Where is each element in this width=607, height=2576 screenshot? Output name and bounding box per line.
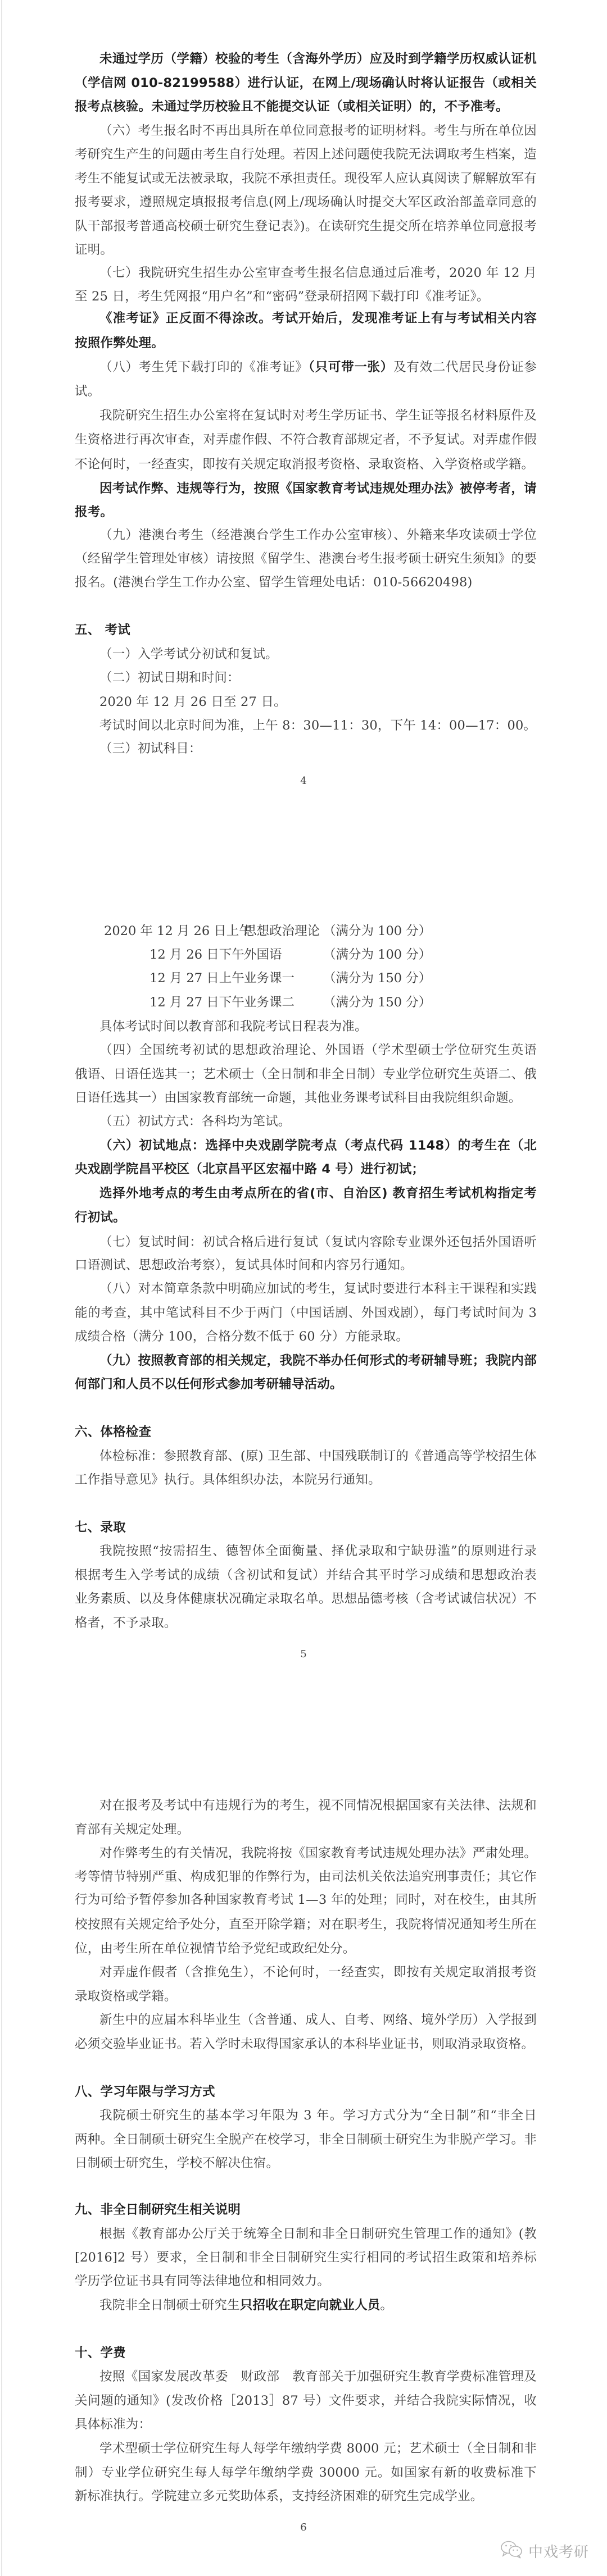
paragraph-line: 录取资格或学籍。 [75,1988,177,2005]
exam-full-score: （满分为 150 分） [323,994,431,1011]
paragraph-line: 不论何时，一经查实，即按有关规定取消报考资格、录取资格、入学资格或学籍。 [75,456,534,473]
paragraph-line: （七）我院研究生招生办公室审查考生报名信息通过后准考，2020 年 12 月 1… [99,265,537,281]
paragraph-line: 位，由考生所在单位视情节给予党纪或政纪处分。 [75,1940,355,1957]
paragraph-line: （学信网 010-82199588）进行认证，在网上/现场确认时将认证报告（或相… [75,75,537,92]
paragraph-line: 对作弊考生的有关情况，我院将按《国家教育考试违规处理办法》严肃处理。替 [99,1845,537,1862]
paragraph-line: 报考要求，遵照规定填报报考信息(网上/现场确认时提交大军区政治部盖章同意的《军 [75,194,537,211]
watermark: 中戏考研 [500,2539,589,2562]
paragraph-line: 按照《国家发展改革委 财政部 教育部关于加强研究生教育学费标准管理及有 [99,2368,537,2385]
paragraph-line: （八）考生凭下载打印的《准考证》（只可带一张）及有效二代居民身份证参加初 [99,359,537,376]
paragraph-line: （九）港澳台考生（经港澳台学生工作办公室审核）、外籍来华攻读硕士学位考生 [99,527,537,544]
page-number: 6 [0,2522,607,2533]
paragraph-line: 队干部报考普通高校硕士研究生登记表》)。在读研究生提交所在培养单位同意报考的 [75,218,537,235]
paragraph-line: （一）入学考试分初试和复试。 [99,646,278,663]
page-number: 4 [0,775,607,787]
paragraph-line: 两种。全日制硕士研究生全脱产在校学习，非全日制硕士研究生为非脱产学习。非全 [75,2131,537,2148]
paragraph-line: （六）初试地点：选择中央戏剧学院考点（考点代码 1148）的考生在（北京）中 [99,1137,537,1154]
paragraph-line: 报考。 [75,504,113,521]
paragraph-line: 试。 [75,383,100,400]
paragraph-line: 我院硕士研究生的基本学习年限为 3 年。学习方式分为“全日制”和“非全日制” [99,2107,537,2124]
exam-full-score: （满分为 100 分） [323,923,431,940]
section-heading: 八、学习年限与学习方式 [75,2083,215,2100]
paragraph-line: 体检标准：参照教育部、(原) 卫生部、中国残联制订的《普通高等学校招生体检 [99,1448,537,1465]
paragraph-line: [2016]2 号）要求，全日制和非全日制研究生实行相同的考试招生政策和培养标准… [75,2249,537,2266]
exam-date: 12 月 26 日下午 [150,946,244,963]
paragraph-line: 对弄虚作假者（含推免生），不论何时，一经查实，即按有关规定取消报考资格、 [99,1964,537,1981]
paragraph-line: 日语任选其一）由国家教育部统一命题，其他业务课考试科目由我院组织命题。 [75,1089,522,1106]
paragraph-line: （九）按照教育部的相关规定，我院不举办任何形式的考研辅导班；我院内部任 [99,1352,537,1369]
paragraph-line: 行初试。 [75,1209,126,1226]
paragraph-line: 根据考生入学考试的成绩（含初试和复试）并结合其平时学习成绩和思想政治表现、 [75,1567,537,1584]
paragraph-line: 考生不能复试或无法被录取，我院不承担责任。现役军人应认真阅读了解解放军有关 [75,170,537,187]
page-number: 5 [0,1648,607,1660]
line-text: 。 [380,2298,393,2313]
paragraph-line: 我院研究生招生办公室将在复试时对考生学历证书、学生证等报名材料原件及考 [99,407,537,424]
paragraph-line: 新标准执行。学院建立多元奖助体系，支持经济困难的研究生完成学业。 [75,2488,483,2505]
emphasis-text: （只可带一张） [309,360,393,375]
schedule-row: 12 月 27 日上午业务课一（满分为 150 分） [0,970,607,987]
paragraph-line: （二）初试日期和时间： [99,669,240,686]
paragraph-line: 格者，不予录取。 [75,1615,177,1631]
watermark-text: 中戏考研 [528,2541,589,2561]
paragraph-line: 新生中的应届本科毕业生（含普通、成人、自考、网络、境外学历）入学报到时， [99,2012,537,2028]
paragraph-line: 选择外地考点的考生由考点所在的省(市、自治区) 教育招生考试机构指定考场进 [99,1185,537,1202]
paragraph-line: 报名。(港澳台学生工作办公室、留学生管理处电话：010-56620498) [75,574,473,591]
paragraph-line: 考研究生产生的问题由考生自行处理。若因上述问题使我院无法调取考生档案，造成 [75,146,537,163]
paragraph-line: 具体考试时间以教育部和我院考试日程表为准。 [99,1018,368,1035]
exam-subject: 业务课二 [244,994,295,1011]
schedule-row: 2020 年 12 月 26 日上午思想政治理论（满分为 100 分） [0,923,607,940]
paragraph-line: 行为可给予暂停参加各种国家教育考试 1—3 年的处理；同时，对在校生，由其所在学 [75,1891,537,1908]
paragraph-line: （五）初试方式：各科均为笔试。 [99,1113,291,1130]
schedule-row: 12 月 26 日下午外国语（满分为 100 分） [0,946,607,963]
paragraph-line: 学历学位证书具有同等法律地位和相同效力。 [75,2273,330,2290]
emphasis-text: 只招收在职定向就业人员 [240,2298,380,2313]
paragraph-line: （四）全国统考初试的思想政治理论、外国语（学术型硕士学位研究生英语一、 [99,1042,537,1059]
line-text: 我院非全日制硕士研究生 [99,2298,240,2313]
exam-subject: 业务课一 [244,970,295,987]
section-heading: 九、非全日制研究生相关说明 [75,2201,241,2218]
paragraph-line: （七）复试时间：初试合格后进行复试（复试内容除专业课外还包括外国语听力、 [99,1234,537,1251]
paragraph-line: 报考点核验。未通过学历校验且不能提交认证（或相关证明）的，不予准考。 [75,98,509,115]
paragraph-line: （经留学生管理处审核）请按照《留学生、港澳台考生报考硕士研究生须知》的要求 [75,550,537,567]
paragraph-line: 校按照有关规定给予处分，直至开除学籍；对在职考生，我院将情况通知考生所在单 [75,1916,537,1933]
paragraph-line: 工作指导意见》执行。具体组织办法，本院另行通知。 [75,1471,381,1488]
paragraph-line: 考试时间以北京时间为准，上午 8：30—11：30，下午 14：00—17：00… [99,717,536,734]
section-heading: 六、体格检查 [75,1424,151,1440]
paragraph-line: 何部门和人员不以任何形式参加考研辅导活动。 [75,1376,343,1393]
paragraph-line: 成绩合格（满分 100，合格分数不低于 60 分）方能录取。 [75,1328,409,1345]
paragraph-line: 制）专业学位研究生每人每学年缴纳学费 30000 元。如国家有新的收费标准下达，… [75,2464,537,2481]
paragraph-line: 具体标准为： [75,2416,151,2433]
wechat-icon [500,2540,524,2561]
exam-subject: 思想政治理论 [244,923,320,940]
paragraph-line: 证明。 [75,241,113,258]
paragraph-line: 对在报考及考试中有违规行为的考生，视不同情况根据国家有关法律、法规和教 [99,1797,537,1814]
paragraph-line: 俄语、日语任选其一；艺术硕士（全日制和非全日制）专业学位研究生英语二、俄语、 [75,1066,537,1083]
paragraph-line: 《准考证》正反面不得涂改。考试开始后，发现准考证上有与考试相关内容的， [99,310,537,327]
paragraph-line: 日制硕士研究生，学校不解决住宿。 [75,2155,279,2172]
paragraph-line: 育部有关规定处理。 [75,1821,189,1838]
paragraph-line: 至 25 日，考生凭网报“用户名”和“密码”登录研招网下载打印《准考证》。 [75,288,490,305]
paragraph-line: 根据《教育部办公厅关于统筹全日制和非全日制研究生管理工作的通知》(教研厅 [99,2226,537,2242]
exam-full-score: （满分为 100 分） [323,946,431,963]
exam-full-score: （满分为 150 分） [323,970,431,987]
paragraph-line: 口语测试、思想政治考察），复试具体时间和内容另行通知。 [75,1257,413,1274]
paragraph-line: 业务素质、以及身体健康状况确定录取名单。思想品德考核（含考试诚信状况）不合 [75,1590,537,1607]
schedule-row: 12 月 27 日下午业务课二（满分为 150 分） [0,994,607,1011]
section-heading: 十、学费 [75,2345,126,2361]
exam-date: 12 月 27 日上午 [150,970,244,987]
paragraph-line: 未通过学历（学籍）校验的考生（含海外学历）应及时到学籍学历权威认证机构 [99,51,537,67]
paragraph-line: （八）对本简章条款中明确应加试的考生，复试时要进行本科主干课程和实践技 [99,1280,537,1297]
paragraph-line: 学术型硕士学位研究生每人每学年缴纳学费 8000 元；艺术硕士（全日制和非全日 [99,2440,537,2457]
paragraph-line: 关问题的通知》(发改价格［2013］87 号）文件要求，并结合我院实际情况，收取… [75,2392,537,2409]
exam-subject: 外国语 [244,946,282,963]
paragraph-line: 我院按照“按需招生、德智体全面衡量、择优录取和宁缺毋滥”的原则进行录取， [99,1543,537,1560]
paragraph-line: 2020 年 12 月 26 日至 27 日。 [99,694,287,710]
paragraph-line: （六）考生报名时不再出具所在单位同意报考的证明材料。考生与所在单位因报 [99,122,537,139]
section-heading: 五、 考试 [75,622,130,639]
paragraph-line: 必须交验毕业证书。若入学时未取得国家承认的本科毕业证书，则取消录取资格。 [75,2036,534,2053]
exam-date: 2020 年 12 月 26 日上午 [104,923,252,940]
paragraph-line: 考等情节特别严重、构成犯罪的作弊行为，由司法机关依法追究刑事责任；其它作弊 [75,1868,537,1885]
paragraph-line: 央戏剧学院昌平校区（北京昌平区宏福中路 4 号）进行初试； [75,1161,424,1178]
exam-date: 12 月 27 日下午 [150,994,244,1011]
paragraph-line: 能的考查，其中笔试科目不少于两门（中国话剧、外国戏剧），每门考试时间为 3 小时… [75,1305,537,1321]
paragraph-line: 按照作弊处理。 [75,335,164,352]
paragraph-line: 我院非全日制硕士研究生只招收在职定向就业人员。 [99,2297,393,2314]
paragraph-line: （三）初试科目： [99,740,202,757]
paragraph-line: 生资格进行再次审查，对弄虚作假、不符合教育部规定者，不予复试。对弄虚作假者， [75,431,537,448]
paragraph-line: 因考试作弊、违规等行为，按照《国家教育考试违规处理办法》被停考者，请勿 [99,480,537,497]
section-heading: 七、录取 [75,1519,126,1536]
page-left-border [1,0,2,2576]
